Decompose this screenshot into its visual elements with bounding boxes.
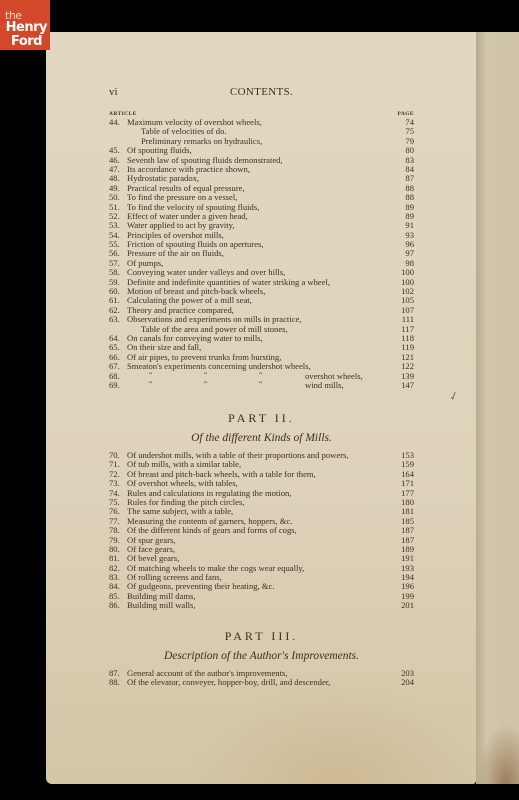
article-number: 69.	[109, 381, 126, 390]
pencil-checkmark: ✓	[447, 388, 461, 405]
ditto-mark: “	[204, 380, 207, 389]
toc-entry: 86.Building mill walls,201	[109, 601, 414, 610]
ditto-mark: “	[149, 371, 152, 380]
part3-subtitle: Description of the Author's Improvements…	[109, 650, 414, 662]
running-title: CONTENTS.	[109, 86, 414, 98]
henry-ford-logo: the Henry Ford	[0, 0, 50, 50]
part3-entry-list: 87.General account of the author's impro…	[109, 669, 414, 688]
article-number: 63.	[109, 315, 126, 324]
page-number: 147	[394, 381, 414, 390]
article-number: 88.	[109, 678, 126, 687]
book-page: vi CONTENTS. ARTICLE PAGE 44.Maximum vel…	[46, 32, 476, 784]
logo-ford: Ford	[11, 34, 42, 49]
part2-entry-list: 70.Of undershot mills, with a table of t…	[109, 451, 414, 611]
toc-entry: 69.“““wind mills,147	[109, 381, 414, 390]
entry-title: Smeaton's experiments concerning undersh…	[127, 362, 311, 371]
article-number: 44.	[109, 118, 126, 127]
page-number: 204	[394, 678, 414, 687]
part2-heading: PART II.	[109, 411, 414, 426]
ditto-mark: “	[204, 371, 207, 380]
page-header: vi CONTENTS.	[109, 86, 414, 100]
ditto-mark: “	[259, 380, 262, 389]
facing-page-edge	[476, 32, 519, 784]
ditto-mark: “	[259, 371, 262, 380]
entry-title: wind mills,	[305, 381, 344, 390]
ditto-mark: “	[149, 380, 152, 389]
page-number: 203	[394, 669, 414, 678]
part3-heading: PART III.	[109, 629, 414, 644]
entry-title: Of the elevator, conveyer, hopper-boy, d…	[127, 678, 330, 687]
part2-subtitle: Of the different Kinds of Mills.	[109, 432, 414, 444]
part1-entry-list: 44.Maximum velocity of overshot wheels,7…	[109, 118, 414, 390]
entry-title: Building mill walls,	[127, 601, 196, 610]
article-number: 86.	[109, 601, 126, 610]
toc-entry: 88.Of the elevator, conveyer, hopper-boy…	[109, 678, 414, 687]
logo-henry: Henry	[6, 20, 47, 35]
page-number: 201	[394, 601, 414, 610]
